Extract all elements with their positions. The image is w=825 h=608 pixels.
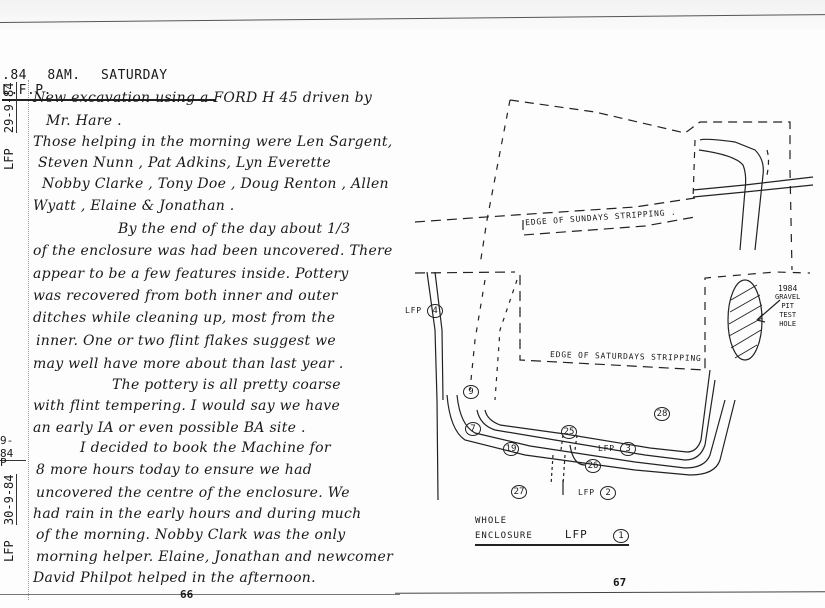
margin-site: LFP xyxy=(2,148,16,170)
entry-date-fragment: .84 xyxy=(2,68,27,83)
entry-line: By the end of the day about 1/3 xyxy=(118,221,351,237)
entry-line: Nobby Clarke , Tony Doe , Doug Renton , … xyxy=(42,176,389,192)
entry-time: 8AM. xyxy=(47,68,80,83)
entry-line: I decided to book the Machine for xyxy=(80,440,331,456)
ditch-number: 4 xyxy=(427,304,443,318)
date-stub-2: P xyxy=(0,456,7,469)
feature-number: 25 xyxy=(561,425,577,439)
entry-day: SATURDAY xyxy=(101,68,168,83)
whole-enclosure-site: LFP xyxy=(565,528,588,541)
whole-enclosure-text: ENCLOSURE xyxy=(475,531,533,541)
feature-number: 27 xyxy=(511,485,527,499)
right-page: EDGE OF SUNDAYS STRIPPING . EDGE OF SATU… xyxy=(405,0,825,608)
ditch-site: LFP xyxy=(598,444,615,453)
feature-number: 28 xyxy=(654,407,670,421)
margin-date-1: LFP 29-9-84 xyxy=(2,83,16,171)
gravel-pit-label: GRAVEL xyxy=(775,293,800,302)
margin-date: 30-9-84 xyxy=(2,475,17,526)
feature-number: 26 xyxy=(585,459,601,473)
entry-line: Wyatt , Elaine & Jonathan . xyxy=(33,198,235,214)
entry-line: had rain in the early hours and during m… xyxy=(33,506,361,522)
label-whole-enclosure: WHOLE ENCLOSURE LFP 1 xyxy=(475,515,629,546)
entry-line: The pottery is all pretty coarse xyxy=(112,377,341,393)
entry-line: of the morning. Nobby Clark was the only xyxy=(36,527,346,543)
notebook-spread: .84 8AM. SATURDAY L.F.P. LFP 29-9-84 9-8… xyxy=(0,0,825,608)
ditch-label-lfp3: LFP 3 xyxy=(598,442,636,456)
whole-enclosure-number: 1 xyxy=(613,529,629,543)
entry-line: an early IA or even possible BA site . xyxy=(33,420,306,436)
entry-line: of the enclosure was had been uncovered.… xyxy=(33,243,393,259)
entry-line: David Philpot helped in the afternoon. xyxy=(33,570,316,586)
entry-line: ditches while cleaning up, most from the xyxy=(33,310,335,326)
gravel-pit-label: PIT xyxy=(775,302,800,311)
whole-enclosure-line1: WHOLE xyxy=(475,515,629,528)
ditch-site: LFP xyxy=(405,306,422,315)
gravel-pit-year: 1984 xyxy=(775,284,800,293)
left-page: .84 8AM. SATURDAY L.F.P. LFP 29-9-84 9-8… xyxy=(0,30,405,608)
whole-enclosure-line2: ENCLOSURE LFP 1 xyxy=(475,528,629,546)
margin-line xyxy=(28,80,29,600)
margin-date: 29-9-84 xyxy=(2,83,17,134)
ditch-number: 3 xyxy=(620,442,636,456)
feature-number: 9 xyxy=(463,385,479,399)
entry-line: Those helping in the morning were Len Sa… xyxy=(33,134,393,150)
entry-line: inner. One or two flint flakes suggest w… xyxy=(36,333,336,349)
page-number-left: 66 xyxy=(180,588,193,601)
entry-line: 8 more hours today to ensure we had xyxy=(36,462,312,478)
entry-line: Steven Nunn , Pat Adkins, Lyn Everette xyxy=(38,155,331,171)
page-number-right: 67 xyxy=(613,576,626,589)
entry-line: uncovered the centre of the enclosure. W… xyxy=(36,485,350,501)
entry-line: Mr. Hare . xyxy=(46,113,122,129)
feature-number: 19 xyxy=(503,442,519,456)
margin-date-2: LFP 30-9-84 xyxy=(2,475,16,563)
entry-line: New excavation using a FORD H 45 driven … xyxy=(33,90,372,106)
entry-line: with flint tempering. I would say we hav… xyxy=(33,398,340,414)
entry-line: morning helper. Elaine, Jonathan and new… xyxy=(36,549,393,565)
label-gravel-pit-test-hole: 1984 GRAVEL PIT TEST HOLE xyxy=(775,284,800,329)
ditch-label-lfp2: LFP 2 xyxy=(578,486,616,500)
ditch-number: 2 xyxy=(600,486,616,500)
entry-line: was recovered from both inner and outer xyxy=(33,288,338,304)
gravel-pit-label: TEST xyxy=(775,311,800,320)
entry-line: appear to be a few features inside. Pott… xyxy=(33,266,349,282)
ditch-label-lfp4: LFP 4 xyxy=(405,304,443,318)
entry-line: may well have more about than last year … xyxy=(33,356,344,372)
feature-number: 7 xyxy=(465,422,481,436)
ditch-site: LFP xyxy=(578,488,595,497)
gravel-pit-label: HOLE xyxy=(775,320,800,329)
margin-site: LFP xyxy=(2,540,16,562)
